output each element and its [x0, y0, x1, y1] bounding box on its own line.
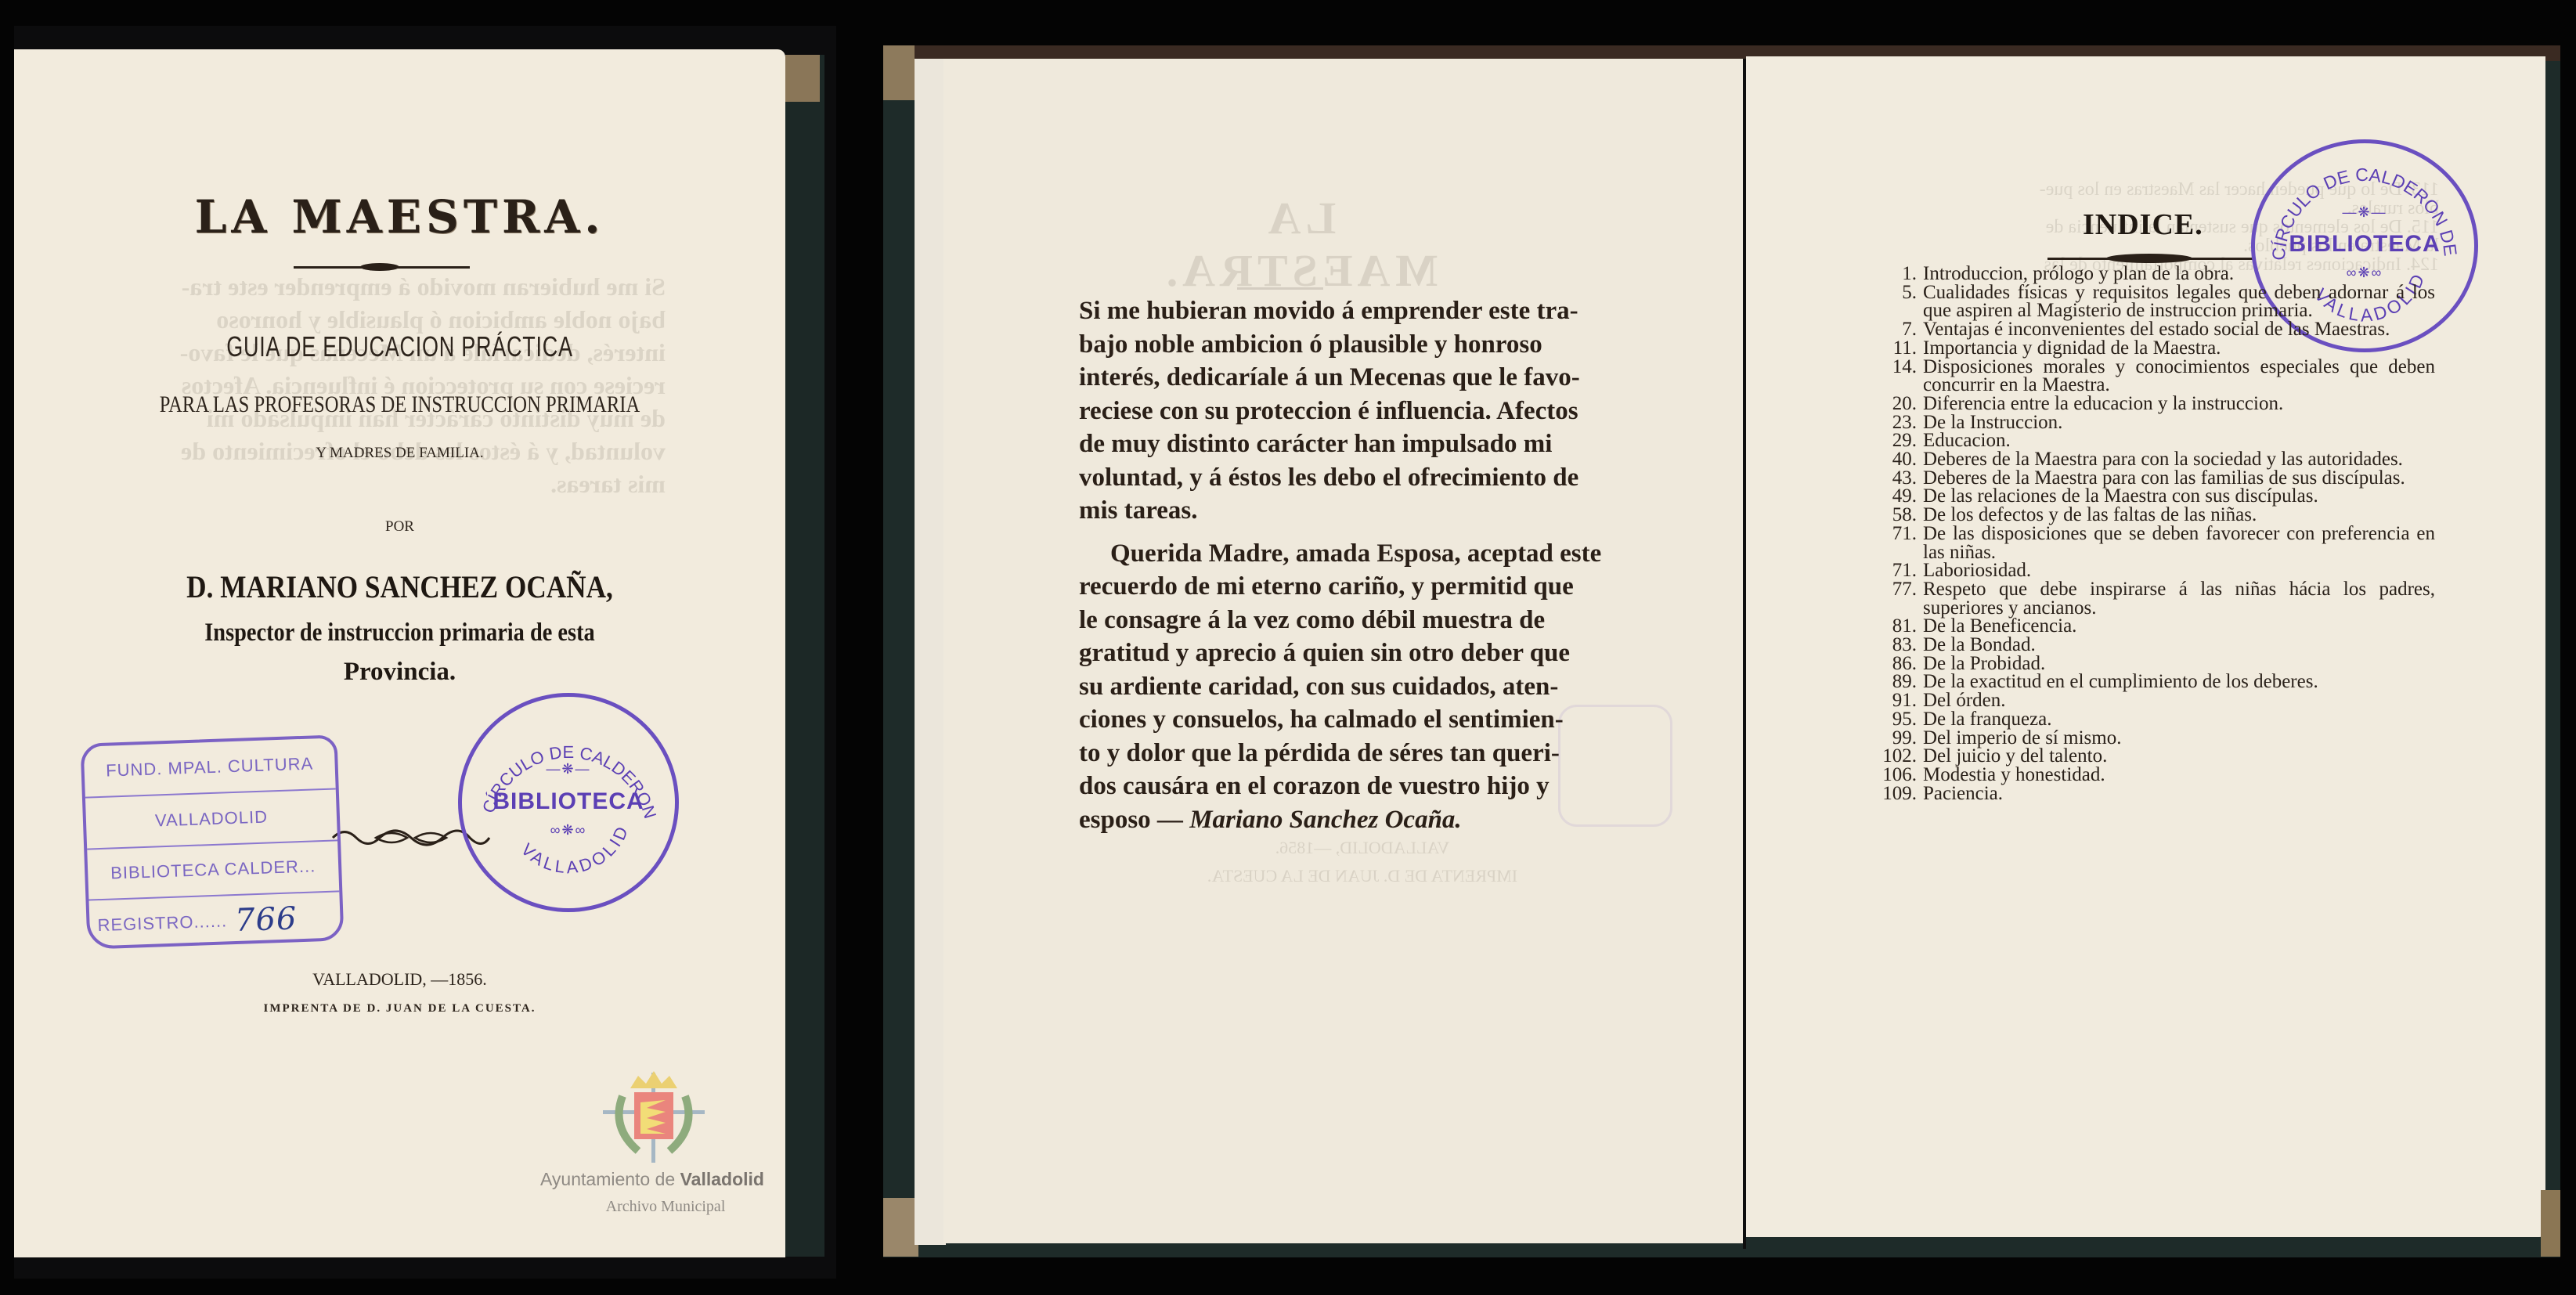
index-entry: 7.Ventajas é inconvenientes del estado s…: [1871, 320, 2435, 339]
dedication-line: gratitud y aprecio á quien sin otro debe…: [1079, 637, 1643, 670]
cover-corner-left: [883, 45, 915, 100]
index-entry-page: 109.: [1871, 785, 1923, 803]
library-stamp: CÍRCULO DE CALDERON DE LA BARCA VALLADOL…: [458, 693, 679, 912]
watermark-regular: Ayuntamiento de: [540, 1169, 680, 1189]
index-entry: 106.Modestia y honestidad.: [1871, 766, 2435, 785]
stamp-ornament-top: —❋—: [462, 761, 675, 777]
watermark-archive: Archivo Municipal: [587, 1198, 744, 1216]
author-role-line2: Provincia.: [14, 658, 785, 687]
index-entry-page: 71.: [1871, 525, 1923, 561]
index-entry: 20.Diferencia entre la educacion y la in…: [1871, 395, 2435, 413]
index-entry-page: 102.: [1871, 747, 1923, 766]
index-entry-page: 14.: [1871, 358, 1923, 395]
index-entry-page: 86.: [1871, 655, 1923, 673]
index-entry-title: Deberes de la Maestra para con las famil…: [1923, 469, 2435, 488]
index-entry-page: 99.: [1871, 729, 1923, 748]
index-entry: 11.Importancia y dignidad de la Maestra.: [1871, 339, 2435, 358]
show-through-imprint: VALLADOLID, —1856.IMPRENTA DE D. JUAN DE…: [1206, 834, 1519, 890]
index-entry: 40.Deberes de la Maestra para con la soc…: [1871, 450, 2435, 469]
index-entry: 14.Disposiciones morales y conocimientos…: [1871, 358, 2435, 395]
registry-label: REGISTRO......: [97, 911, 227, 936]
index-entry-page: 49.: [1871, 487, 1923, 506]
index-entry-title: De las disposiciones que se deben favore…: [1923, 525, 2435, 561]
index-entry: 58.De los defectos y de las faltas de la…: [1871, 506, 2435, 525]
registry-stamp-line4: REGISTRO...... 766: [89, 893, 341, 951]
show-through-title: LA MAESTRA.: [1127, 192, 1472, 297]
dedication-line: interés, dedicaríale á un Mecenas que le…: [1079, 361, 1643, 395]
dedication-line: su ardiente caridad, con sus cuidados, a…: [1079, 670, 1643, 704]
index-entry-title: De la Instruccion.: [1923, 413, 2435, 432]
flyleaf: [915, 59, 946, 1245]
book-spine-edge: [783, 55, 824, 1257]
book-title: LA MAESTRA.: [14, 190, 785, 243]
index-entry-page: 5.: [1871, 283, 1923, 320]
index-entry: 71.Laboriosidad.: [1871, 561, 2435, 580]
publication-place-year: VALLADOLID, —1856.: [14, 969, 785, 990]
index-entry-title: De las relaciones de la Maestra con sus …: [1923, 487, 2435, 506]
watermark-bold: Valladolid: [680, 1169, 764, 1189]
index-entry-page: 7.: [1871, 320, 1923, 339]
index-entry: 49.De las relaciones de la Maestra con s…: [1871, 487, 2435, 506]
index-entry-title: Paciencia.: [1923, 785, 2435, 803]
index-entry-title: Laboriosidad.: [1923, 561, 2435, 580]
index-entry: 81.De la Beneficencia.: [1871, 617, 2435, 636]
dedication-line: voluntad, y á éstos les debo el ofrecimi…: [1079, 461, 1643, 495]
index-entry: 95.De la franqueza.: [1871, 710, 2435, 729]
index-entry-page: 43.: [1871, 469, 1923, 488]
dedication-line: mis tareas.: [1079, 494, 1643, 528]
dedication-line: Querida Madre, amada Esposa, aceptad est…: [1079, 537, 1643, 571]
show-through-text: Si me hubieran movido á emprender este t…: [133, 270, 666, 500]
printer: IMPRENTA DE D. JUAN DE LA CUESTA.: [14, 1002, 785, 1015]
dedication-line: Si me hubieran movido á emprender este t…: [1079, 294, 1643, 328]
closing-prefix: esposo —: [1079, 806, 1183, 834]
index-entry: 5.Cualidades físicas y requisitos legale…: [1871, 283, 2435, 320]
index-entry-title: Disposiciones morales y conocimientos es…: [1923, 358, 2435, 395]
index-title: INDICE.: [2083, 207, 2255, 242]
index-entry: 109.Paciencia.: [1871, 785, 2435, 803]
index-entry-title: Modestia y honestidad.: [1923, 766, 2435, 785]
index-entry: 89.De la exactitud en el cumplimiento de…: [1871, 673, 2435, 691]
index-entry-title: De la Bondad.: [1923, 636, 2435, 655]
index-entry-title: Importancia y dignidad de la Maestra.: [1923, 339, 2435, 358]
book-audience-line2: Y MADRES DE FAMILIA.: [14, 445, 785, 462]
index-entry-page: 89.: [1871, 673, 1923, 691]
index-entry-title: Del imperio de sí mismo.: [1923, 729, 2435, 748]
index-entry-page: 71.: [1871, 561, 1923, 580]
dedication-text: Si me hubieran movido á emprender este t…: [1079, 294, 1643, 836]
index-entry-title: Respeto que debe inspirarse á las niñas …: [1923, 580, 2435, 617]
valladolid-crest-icon: [603, 1065, 705, 1167]
dedication-line: bajo noble ambicion ó plausible y honros…: [1079, 328, 1643, 362]
index-entry-page: 11.: [1871, 339, 1923, 358]
index-entry-title: Ventajas é inconvenientes del estado soc…: [1923, 320, 2435, 339]
index-entry-page: 83.: [1871, 636, 1923, 655]
author-name: D. MARIANO SANCHEZ OCAÑA,: [60, 568, 739, 605]
index-entry: 91.Del órden.: [1871, 691, 2435, 710]
index-entry-page: 20.: [1871, 395, 1923, 413]
registry-stamp-line1: FUND. MPAL. CULTURA: [84, 738, 336, 798]
index-entry-title: Cualidades físicas y requisitos legales …: [1923, 283, 2435, 320]
index-entry-page: 95.: [1871, 710, 1923, 729]
by-label: POR: [14, 518, 785, 536]
index-entry: 29.Educacion.: [1871, 431, 2435, 450]
index-entry-title: Diferencia entre la educacion y la instr…: [1923, 395, 2435, 413]
coat-of-arms-logo: [603, 1065, 705, 1167]
index-entry-title: De la Beneficencia.: [1923, 617, 2435, 636]
index-entry-title: De la franqueza.: [1923, 710, 2435, 729]
cover-corner-bottom-right: [2541, 1190, 2560, 1257]
dedication-line: to y dolor que la pérdida de séres tan q…: [1079, 737, 1643, 770]
show-through-rule: [1237, 287, 1323, 290]
dedication-line: recuerdo de mi eterno cariño, y permitid…: [1079, 570, 1643, 604]
library-stamp-center: BIBLIOTECA: [462, 788, 675, 815]
cover-corner-bottom-left: [883, 1198, 918, 1257]
index-entry: 83.De la Bondad.: [1871, 636, 2435, 655]
index-entry: 86.De la Probidad.: [1871, 655, 2435, 673]
index-rule-ornament: [2106, 254, 2192, 263]
dedication-line: dos causára en el corazon de vuestro hij…: [1079, 770, 1643, 803]
dedication-line: de muy distinto carácter han impulsado m…: [1079, 427, 1643, 461]
registry-stamp-line2: VALLADOLID: [85, 789, 337, 850]
index-entry: 43.Deberes de la Maestra para con las fa…: [1871, 469, 2435, 488]
stamp-ornament-bottom: ∞❋∞: [462, 822, 675, 839]
index-entry-title: De la exactitud en el cumplimiento de lo…: [1923, 673, 2435, 691]
index-entry-page: 77.: [1871, 580, 1923, 617]
title-rule-ornament: [360, 263, 399, 271]
index-entry-page: 81.: [1871, 617, 1923, 636]
index-stamp-center: BIBLIOTECA: [2255, 231, 2474, 258]
author-signature: Mariano Sanchez Ocaña.: [1189, 806, 1461, 834]
index-entry-title: Del órden.: [1923, 691, 2435, 710]
index-entry-page: 1.: [1871, 265, 1923, 283]
index-entry-title: Del juicio y del talento.: [1923, 747, 2435, 766]
dedication-line: le consagre á la vez como débil muestra …: [1079, 604, 1643, 637]
index-entry-title: De los defectos y de las faltas de las n…: [1923, 506, 2435, 525]
dedication-line: reciese con su proteccion é influencia. …: [1079, 395, 1643, 428]
index-entry: 1.Introduccion, prólogo y plan de la obr…: [1871, 265, 2435, 283]
registry-number: 766: [234, 900, 298, 939]
index-entry-title: Introduccion, prólogo y plan de la obra.: [1923, 265, 2435, 283]
index-entry-title: Deberes de la Maestra para con la socied…: [1923, 450, 2435, 469]
index-entry-title: De la Probidad.: [1923, 655, 2435, 673]
index-entry-title: Educacion.: [1923, 431, 2435, 450]
registry-stamp: FUND. MPAL. CULTURA VALLADOLID BIBLIOTEC…: [81, 734, 345, 949]
index-entry: 99.Del imperio de sí mismo.: [1871, 729, 2435, 748]
dedication-closing: esposo — Mariano Sanchez Ocaña.: [1079, 803, 1643, 837]
stamp-ornament-top: —❋—: [2255, 204, 2474, 221]
index-entry: 77.Respeto que debe inspirarse á las niñ…: [1871, 580, 2435, 617]
watermark-institution: Ayuntamiento de Valladolid: [540, 1169, 775, 1190]
registry-stamp-line3: BIBLIOTECA CALDER...: [87, 841, 339, 901]
index-entry-page: 58.: [1871, 506, 1923, 525]
index-list: 1.Introduccion, prólogo y plan de la obr…: [1871, 265, 2435, 803]
index-entry: 102.Del juicio y del talento.: [1871, 747, 2435, 766]
index-entry: 71.De las disposiciones que se deben fav…: [1871, 525, 2435, 561]
index-entry-page: 91.: [1871, 691, 1923, 710]
index-entry-page: 106.: [1871, 766, 1923, 785]
dedication-line: ciones y consuelos, ha calmado el sentim…: [1079, 703, 1643, 737]
index-entry-page: 29.: [1871, 431, 1923, 450]
index-entry: 23.De la Instruccion.: [1871, 413, 2435, 432]
index-entry-page: 40.: [1871, 450, 1923, 469]
index-entry-page: 23.: [1871, 413, 1923, 432]
book-subtitle: GUIA DE EDUCACION PRÁCTICA: [110, 330, 689, 363]
author-role-line1: Inspector de instruccion primaria de est…: [68, 619, 731, 647]
book-audience-line1: PARA LAS PROFESORAS DE INSTRUCCION PRIMA…: [84, 391, 716, 418]
